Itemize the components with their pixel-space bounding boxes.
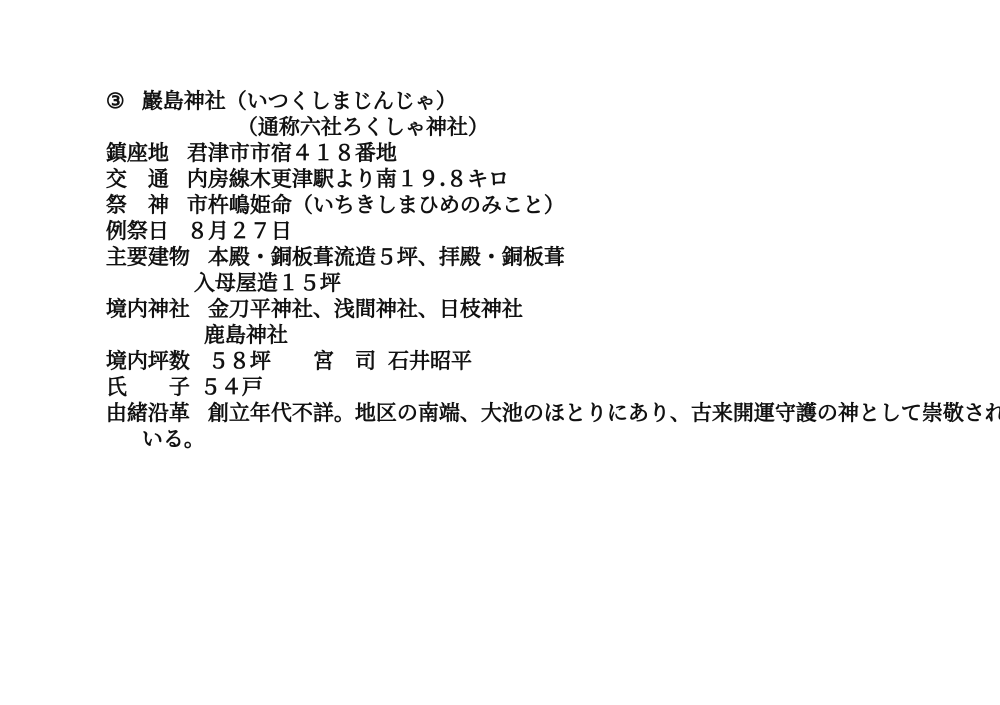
field-row-deity: 祭 神市杵嶋姫命（いちきしまひめのみこと） [62,166,982,192]
heading-subtitle: （通称六社ろくしゃ神社） [193,88,982,114]
field-row-main-buildings: 主要建物本殿・銅板葺流造５坪、拝殿・銅板葺 [62,218,982,244]
field-row-parishioners-priest: 氏 子５４戸 宮 司石井昭平 [62,348,982,374]
field-row-main-buildings-cont: 入母屋造１５坪 [150,244,982,270]
document-page: ③巖島神社（いつくしまじんじゃ） （通称六社ろくしゃ神社） 鎮座地君津市市宿４１… [0,0,1000,705]
field-row-location: 鎮座地君津市市宿４１８番地 [62,114,982,140]
field-row-history: 由緒沿革創立年代不詳。地区の南端、大池のほとりにあり、古来開運守護の神として崇敬… [62,374,982,400]
field-row-history-cont: いる。 [98,400,982,426]
field-row-festival-day: 例祭日８月２７日 [62,192,982,218]
field-row-precinct-area: 境内坪数５８坪 [62,322,982,348]
field-row-access: 交 通内房線木更津駅より南１９.８キロ [62,140,982,166]
heading-number: ③ [106,88,125,113]
field-value: 石井昭平 [388,348,472,373]
document-content: ③巖島神社（いつくしまじんじゃ） （通称六社ろくしゃ神社） 鎮座地君津市市宿４１… [62,62,982,426]
field-value-continued: いる。 [142,426,205,451]
field-label: 宮 司 [313,348,376,373]
field-row-precinct-shrines: 境内神社金刀平神社、浅間神社、日枝神社 [62,270,982,296]
priest-group: 宮 司石井昭平 [313,348,472,374]
heading-line: ③巖島神社（いつくしまじんじゃ） [62,62,982,88]
field-row-precinct-shrines-cont: 鹿島神社 [160,296,982,322]
